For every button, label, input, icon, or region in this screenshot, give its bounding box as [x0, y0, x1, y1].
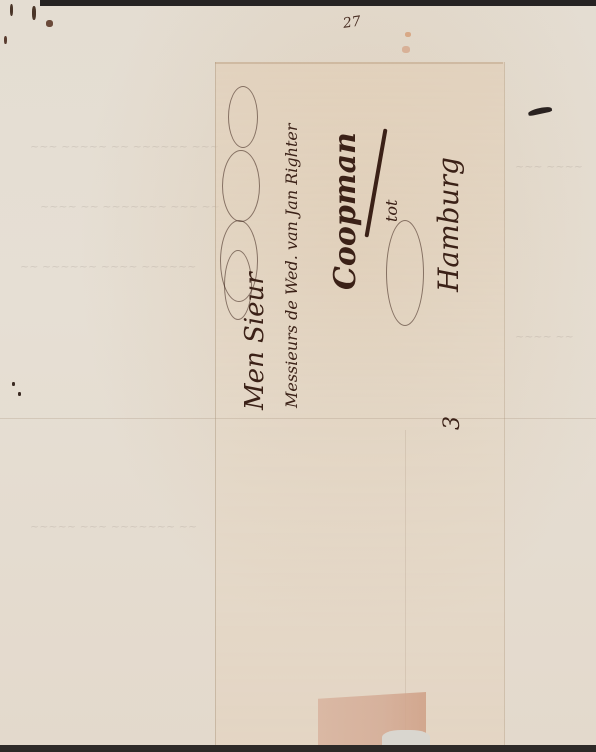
ink-spot: [4, 36, 7, 44]
address-line-preposition: tot: [382, 200, 401, 223]
bleed-through-text: ~~~ ~~~~~ ~~ ~~~~~~ ~~~: [30, 140, 219, 153]
stain: [405, 32, 411, 37]
ink-spot: [18, 392, 21, 396]
flourish: [228, 86, 258, 148]
ink-spot: [46, 20, 53, 27]
bleed-through-text: ~~~~ ~~: [515, 330, 574, 343]
stain: [402, 46, 410, 53]
address-line-city: Hamburg: [432, 157, 465, 292]
address-line-salutation: Men Sieur: [240, 272, 270, 410]
address-line-recipient: Messieurs de Wed. van Jan Righter: [282, 124, 301, 409]
letter-sheet: ~~~ ~~~~~ ~~ ~~~~~~ ~~~ ~~~~ ~~ ~~~~~~~ …: [0, 0, 596, 752]
address-line-occupation: Coopman: [328, 132, 363, 290]
bleed-through-text: ~~ ~~~~~~ ~~~~ ~~~~~~: [20, 260, 196, 273]
archive-number: 27: [342, 14, 362, 32]
flourish: [386, 220, 424, 326]
ink-spot: [32, 6, 36, 20]
postage-mark: 3: [440, 416, 465, 430]
scan-border-top: [40, 0, 596, 6]
bleed-through-text: ~~~ ~~~~: [515, 160, 583, 173]
ink-spot: [10, 4, 13, 16]
scan-border-bottom: [0, 745, 596, 752]
bleed-through-text: ~~~~~ ~~~ ~~~~~~~ ~~: [30, 520, 197, 533]
bleed-through-text: ~~~~ ~~ ~~~~~~~ ~~~ ~~: [40, 200, 220, 213]
ink-spot: [528, 106, 553, 117]
flourish: [222, 150, 260, 222]
fold-line: [215, 62, 503, 64]
fold-line: [0, 418, 596, 419]
ink-spot: [12, 382, 15, 386]
